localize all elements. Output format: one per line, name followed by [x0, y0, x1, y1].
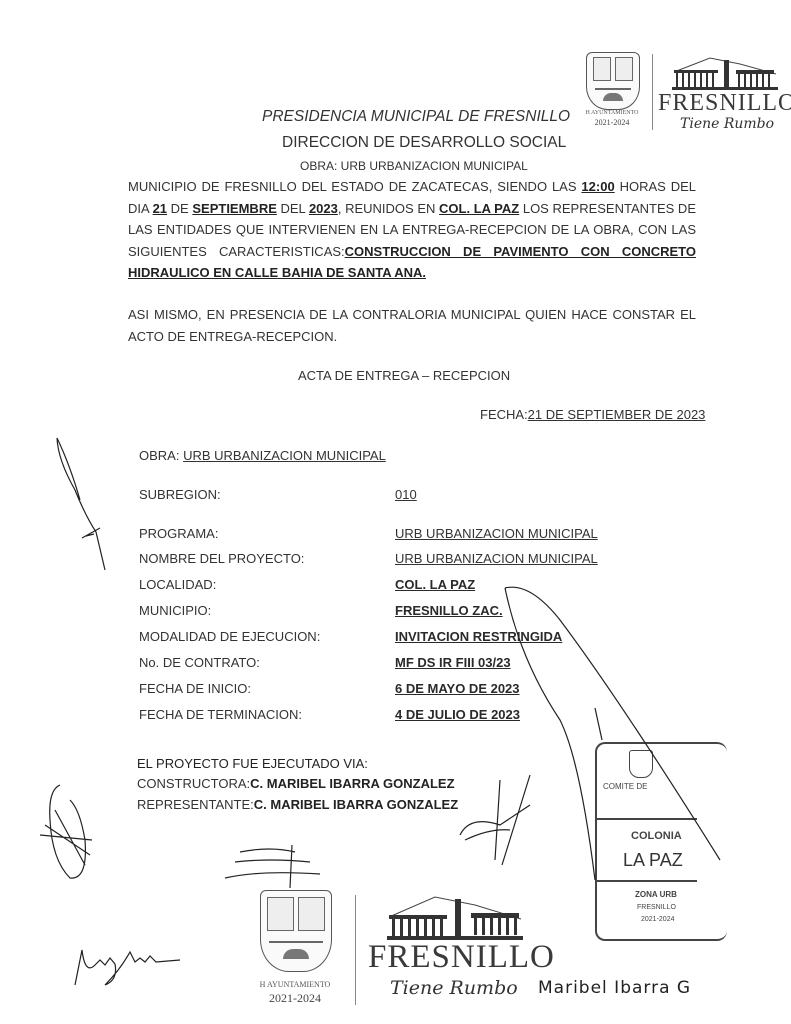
- ejecucion-title: EL PROYECTO FUE EJECUTADO VIA:: [137, 756, 368, 771]
- field-value: MF DS IR FIII 03/23: [395, 655, 511, 670]
- footer-logo-divider: [355, 895, 356, 1005]
- field-value: 010: [395, 487, 417, 502]
- footer-skyline-icon: [385, 893, 525, 943]
- field-value: URB URBANIZACION MUNICIPAL: [395, 526, 598, 541]
- field-label: MUNICIPIO:: [139, 603, 211, 618]
- representante-line: REPRESENTANTE:C. MARIBEL IBARRA GONZALEZ: [137, 797, 458, 812]
- footer-brand-slogan: Tiene Rumbo: [390, 977, 518, 999]
- constructora-value: C. MARIBEL IBARRA GONZALEZ: [250, 776, 454, 791]
- field-value: URB URBANIZACION MUNICIPAL: [395, 551, 598, 566]
- anio-value: 2023: [309, 201, 338, 216]
- ayuntamiento-label: H AYUNTAMIENTO: [576, 110, 648, 116]
- signature-left-middle: [30, 780, 110, 900]
- handwritten-name: Maribel Ibarra G: [538, 978, 691, 998]
- obra-line: OBRA: URB URBANIZACION MUNICIPAL: [139, 448, 386, 463]
- field-value: COL. LA PAZ: [395, 577, 475, 592]
- intro-paragraph: MUNICIPIO DE FRESNILLO DEL ESTADO DE ZAC…: [128, 176, 696, 284]
- department-title: DIRECCION DE DESARROLLO SOCIAL: [282, 134, 566, 152]
- field-label: MODALIDAD DE EJECUCION:: [139, 629, 320, 644]
- mes-value: SEPTIEMBRE: [192, 201, 277, 216]
- municipal-crest-icon: [586, 52, 640, 110]
- acta-title: ACTA DE ENTREGA – RECEPCION: [298, 368, 510, 383]
- dia-value: 21: [153, 201, 167, 216]
- fecha-line: FECHA:21 DE SEPTIEMBER DE 2023: [480, 407, 705, 422]
- footer-ayuntamiento-years: 2021-2024: [250, 991, 340, 1006]
- signature-arc: [500, 580, 740, 880]
- logo-divider: [652, 54, 653, 130]
- field-label: LOCALIDAD:: [139, 577, 216, 592]
- footer-logo: H AYUNTAMIENTO 2021-2024 FRESNILLO Tiene…: [250, 885, 550, 1015]
- field-label: NOMBRE DEL PROYECTO:: [139, 551, 304, 566]
- header-logo: H AYUNTAMIENTO 2021-2024 FRESNILLO Tiene…: [578, 48, 788, 138]
- constructora-line: CONSTRUCTORA:C. MARIBEL IBARRA GONZALEZ: [137, 776, 455, 791]
- obra-subtitle: OBRA: URB URBANIZACION MUNICIPAL: [300, 159, 528, 173]
- field-label: SUBREGION:: [139, 487, 221, 502]
- lugar-value: COL. LA PAZ: [439, 201, 519, 216]
- footer-brand-name: FRESNILLO: [368, 939, 555, 976]
- obra-value: URB URBANIZACION MUNICIPAL: [183, 448, 386, 463]
- contraloria-paragraph: ASI MISMO, EN PRESENCIA DE LA CONTRALORI…: [128, 304, 696, 347]
- hora-value: 12:00: [581, 179, 614, 194]
- field-label: FECHA DE INICIO:: [139, 681, 251, 696]
- field-value: FRESNILLO ZAC.: [395, 603, 503, 618]
- fecha-value: 21 DE SEPTIEMBER DE 2023: [528, 407, 706, 422]
- document-title: PRESIDENCIA MUNICIPAL DE FRESNILLO: [262, 108, 570, 126]
- representante-value: C. MARIBEL IBARRA GONZALEZ: [254, 797, 458, 812]
- city-skyline-icon: [670, 54, 780, 92]
- footer-crest-icon: [260, 890, 332, 972]
- brand-name: FRESNILLO: [658, 90, 791, 117]
- ayuntamiento-years: 2021-2024: [576, 118, 648, 127]
- signature-left-top: [0, 420, 140, 570]
- field-label: No. DE CONTRATO:: [139, 655, 260, 670]
- signature-left-bottom: [60, 940, 190, 990]
- field-label: FECHA DE TERMINACION:: [139, 707, 302, 722]
- field-label: PROGRAMA:: [139, 526, 218, 541]
- signature-center: [220, 840, 330, 890]
- brand-slogan: Tiene Rumbo: [680, 116, 774, 132]
- footer-ayuntamiento-label: H AYUNTAMIENTO: [250, 980, 340, 989]
